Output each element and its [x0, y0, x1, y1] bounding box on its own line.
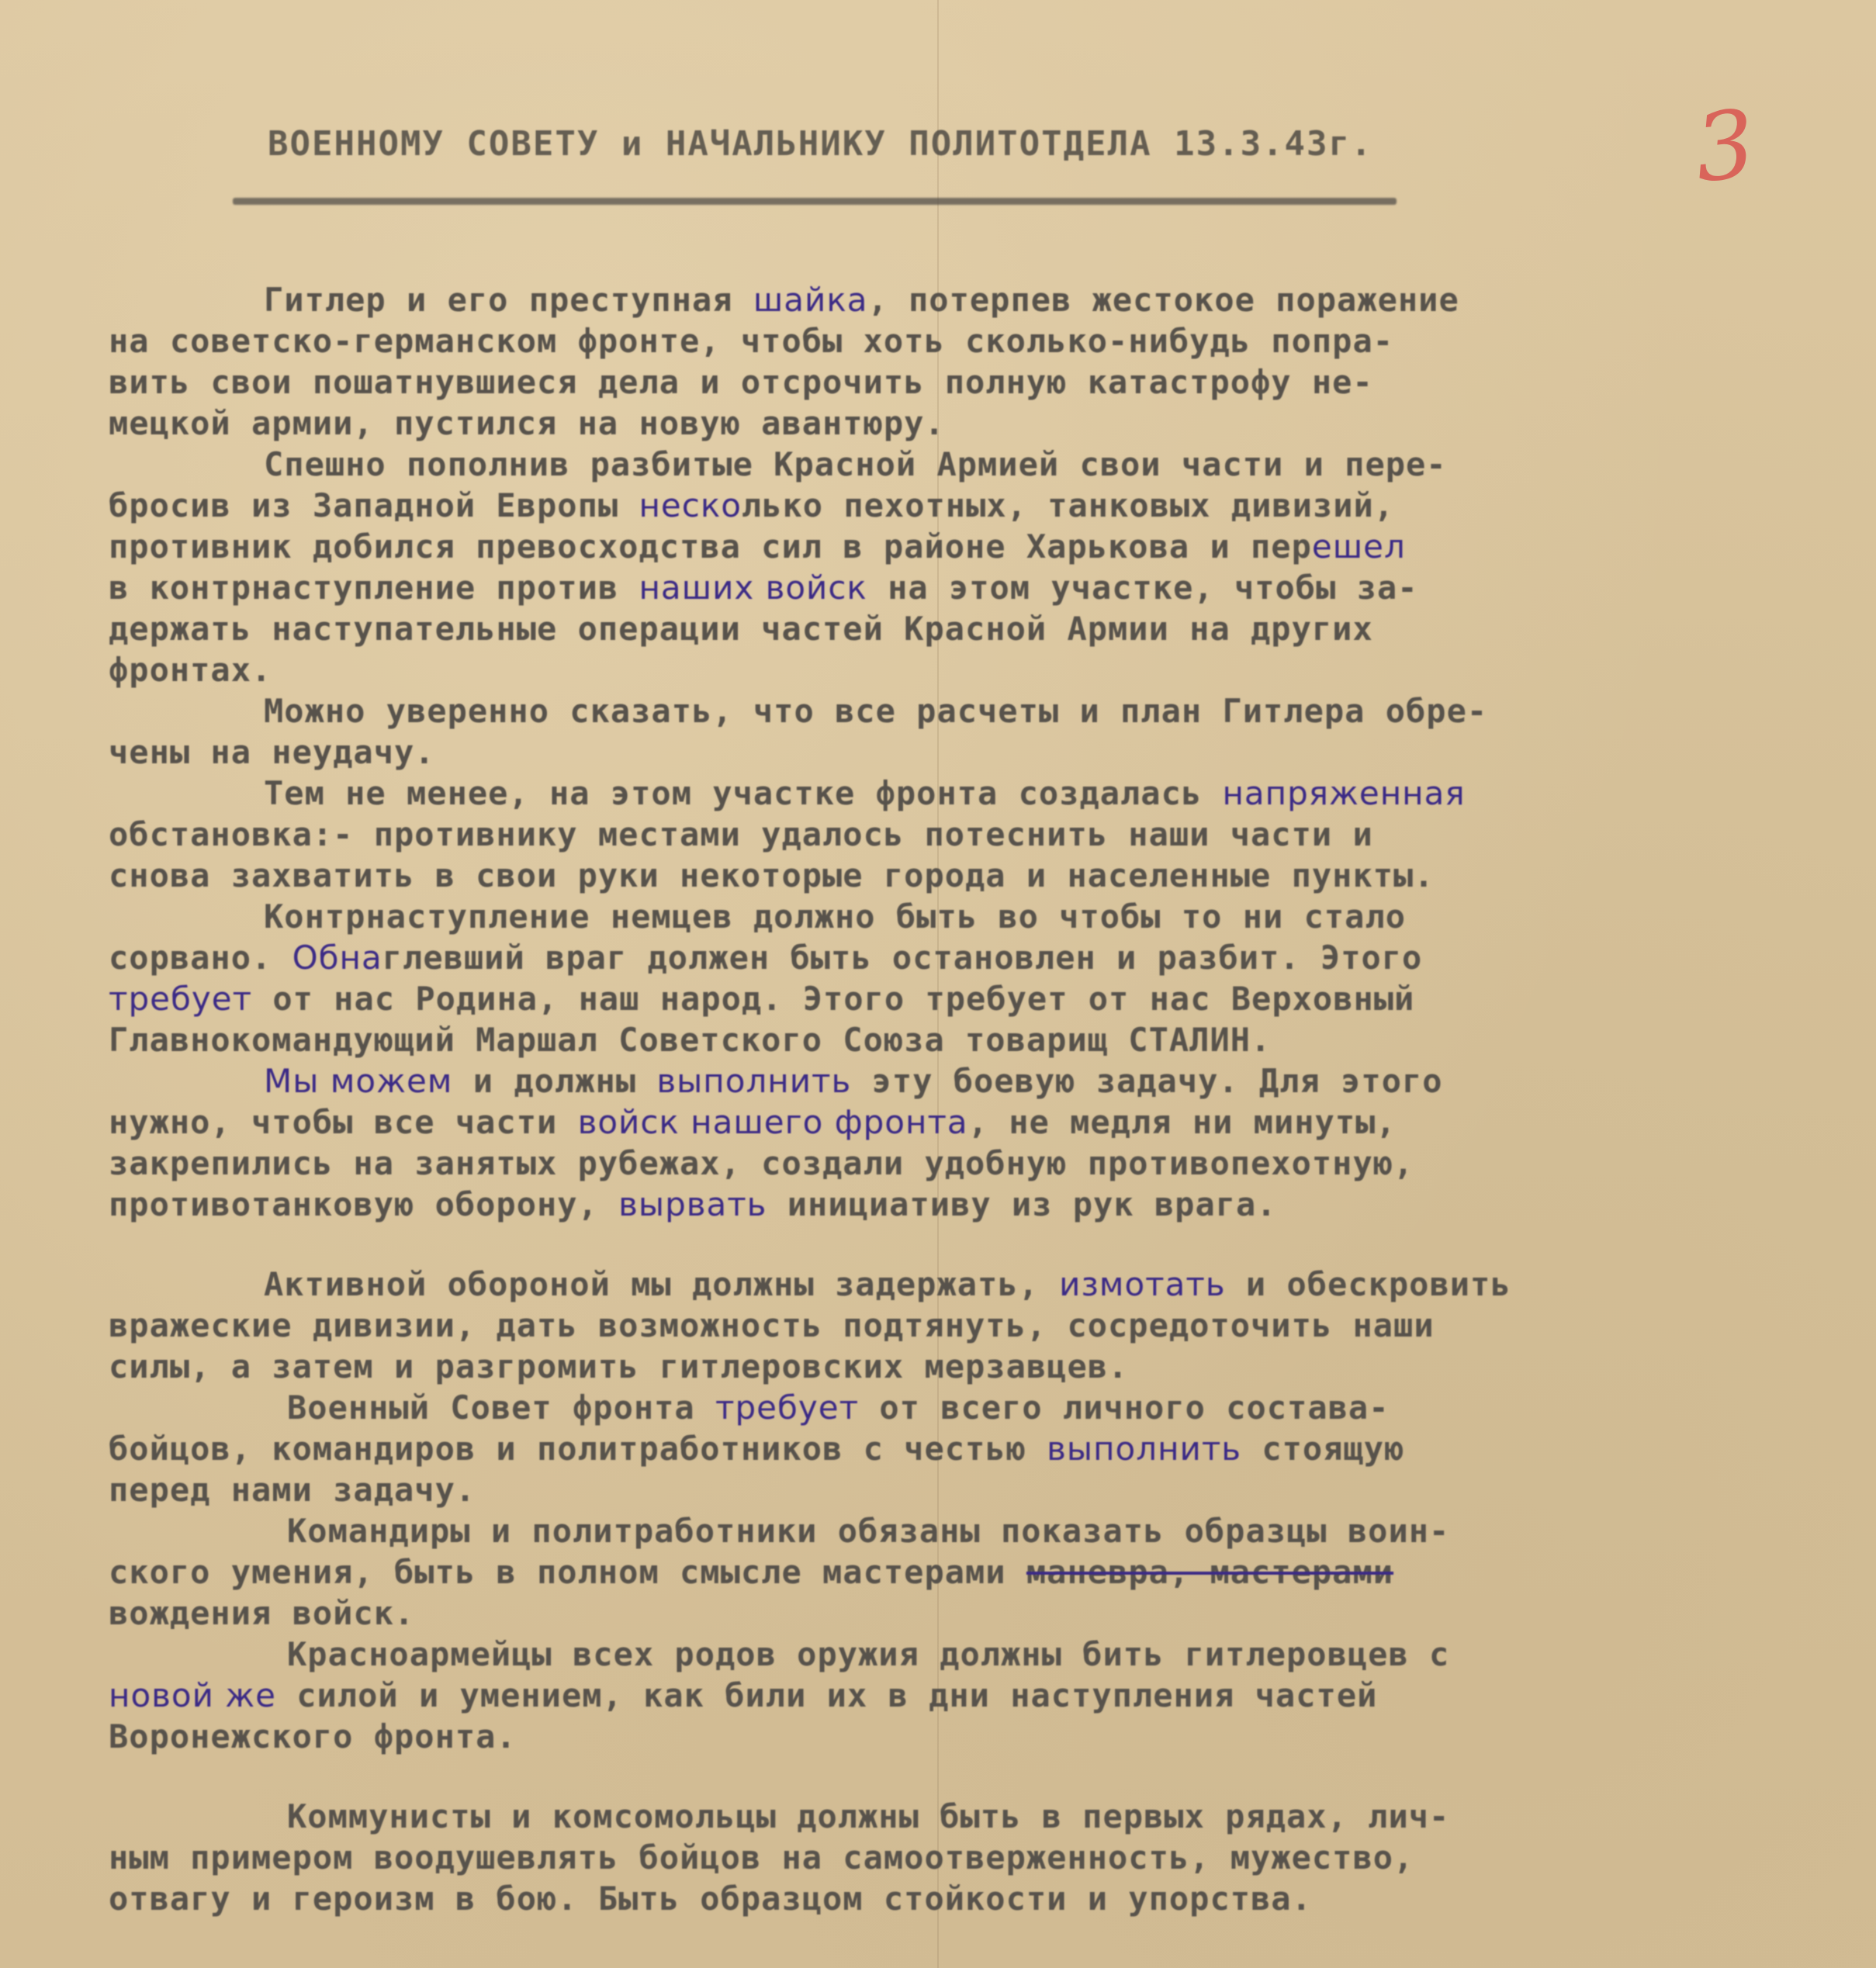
handwritten-correction: напряженная — [1222, 774, 1465, 812]
text-line: Гитлер и его преступная шайка, потерпев … — [109, 279, 1847, 320]
paragraph-11: Коммунисты и комсомольцы должны быть в п… — [109, 1796, 1847, 1919]
text-line: Тем не менее, на этом участке фронта соз… — [109, 773, 1847, 814]
page-mark: 3 — [1690, 90, 1760, 203]
text-line: Активной обороной мы должны задержать, и… — [109, 1264, 1847, 1305]
text-line: Красноармейцы всех родов оружия должны б… — [109, 1634, 1847, 1675]
text-line: фронтах. — [109, 649, 1847, 690]
paragraph-7: Активной обороной мы должны задержать, и… — [109, 1264, 1847, 1387]
paragraph-3: Можно уверенно сказать, что все расчеты … — [109, 690, 1847, 773]
handwritten-correction: ешел — [1312, 527, 1406, 565]
handwritten-correction: наших войск — [639, 569, 867, 607]
handwritten-correction: вырвать — [618, 1185, 767, 1223]
text-line: Спешно пополнив разбитые Красной Армией … — [109, 444, 1847, 485]
paragraph-10: Красноармейцы всех родов оружия должны б… — [109, 1634, 1847, 1757]
paragraph-gap — [109, 1225, 1847, 1264]
text-line: мецкой армии, пустился на новую авантюру… — [109, 403, 1847, 444]
handwritten-correction: выполнить — [1047, 1430, 1241, 1468]
text-line: в контрнаступление против наших войск на… — [109, 567, 1847, 608]
text-line: держать наступательные операции частей К… — [109, 608, 1847, 649]
paragraph-6: Мы можем и должны выполнить эту боевую з… — [109, 1060, 1847, 1225]
handwritten-correction: новой же — [109, 1676, 276, 1714]
handwritten-correction: требует — [109, 980, 252, 1018]
text-line: требует от нас Родина, наш народ. Этого … — [109, 978, 1847, 1019]
text-line: сорвано. Обнаглевший враг должен быть ос… — [109, 937, 1847, 978]
paragraph-8: Военный Совет фронта требует от всего ли… — [109, 1387, 1847, 1510]
document-heading: ВОЕННОМУ СОВЕТУ и НАЧАЛЬНИКУ ПОЛИТОТДЕЛА… — [268, 124, 1373, 164]
text-line: Командиры и политработники обязаны показ… — [109, 1510, 1847, 1551]
text-line: нужно, чтобы все части войск нашего фрон… — [109, 1102, 1847, 1143]
text-line: новой же силой и умением, как били их в … — [109, 1675, 1847, 1716]
handwritten-correction: требует — [715, 1389, 859, 1427]
text-line: закрепились на занятых рубежах, создали … — [109, 1143, 1847, 1184]
text-line: вражеские дивизии, дать возможность подт… — [109, 1305, 1847, 1346]
text-line: Военный Совет фронта требует от всего ли… — [109, 1387, 1847, 1428]
text-line: силы, а затем и разгромить гитлеровских … — [109, 1346, 1847, 1387]
text-line: противник добился превосходства сил в ра… — [109, 526, 1847, 567]
text-line: ского умения, быть в полном смысле масте… — [109, 1551, 1847, 1593]
handwritten-correction: шайка — [753, 281, 868, 319]
text-line: вить свои пошатнувшиеся дела и отсрочить… — [109, 361, 1847, 403]
handwritten-correction: войск нашего фронта — [578, 1103, 968, 1141]
text-line: на советско-германском фронте, чтобы хот… — [109, 320, 1847, 361]
text-line: Главнокомандующий Маршал Советского Союз… — [109, 1019, 1847, 1060]
text-segment: ского умения, быть в полном смысле масте… — [109, 1553, 1026, 1591]
paragraph-4: Тем не менее, на этом участке фронта соз… — [109, 773, 1847, 896]
text-line: чены на неудачу. — [109, 732, 1847, 773]
handwritten-correction: Мы можем — [264, 1062, 453, 1100]
text-line: Контрнаступление немцев должно быть во ч… — [109, 896, 1847, 937]
text-line: бросив из Западной Европы несколько пехо… — [109, 485, 1847, 526]
text-line: ным примером воодушевлять бойцов на само… — [109, 1837, 1847, 1878]
text-line: перед нами задачу. — [109, 1469, 1847, 1510]
text-line: обстановка:- противнику местами удалось … — [109, 814, 1847, 855]
paragraph-2: Спешно пополнив разбитые Красной Армией … — [109, 444, 1847, 690]
paragraph-gap — [109, 1757, 1847, 1796]
paragraph-9: Командиры и политработники обязаны показ… — [109, 1510, 1847, 1634]
text-line: Можно уверенно сказать, что все расчеты … — [109, 690, 1847, 732]
text-line: Мы можем и должны выполнить эту боевую з… — [109, 1060, 1847, 1102]
handwritten-correction: Обна — [292, 939, 382, 977]
paragraph-5: Контрнаступление немцев должно быть во ч… — [109, 896, 1847, 1060]
handwritten-correction: неско — [639, 486, 741, 524]
paragraph-1: Гитлер и его преступная шайка, потерпев … — [109, 279, 1847, 444]
text-line: Коммунисты и комсомольцы должны быть в п… — [109, 1796, 1847, 1837]
text-line: вождения войск. — [109, 1593, 1847, 1634]
heading-underline — [233, 198, 1397, 205]
handwritten-correction: выполнить — [656, 1062, 851, 1100]
struck-through-text: маневра, мастерами — [1026, 1553, 1393, 1591]
document-body: Гитлер и его преступная шайка, потерпев … — [109, 279, 1847, 1919]
text-line: Воронежского фронта. — [109, 1716, 1847, 1757]
text-line: отвагу и героизм в бою. Быть образцом ст… — [109, 1878, 1847, 1919]
handwritten-correction: измотать — [1059, 1265, 1225, 1303]
text-line: бойцов, командиров и политработников с ч… — [109, 1428, 1847, 1469]
text-line: противотанковую оборону, вырвать инициат… — [109, 1184, 1847, 1225]
text-line: снова захватить в свои руки некоторые го… — [109, 855, 1847, 896]
